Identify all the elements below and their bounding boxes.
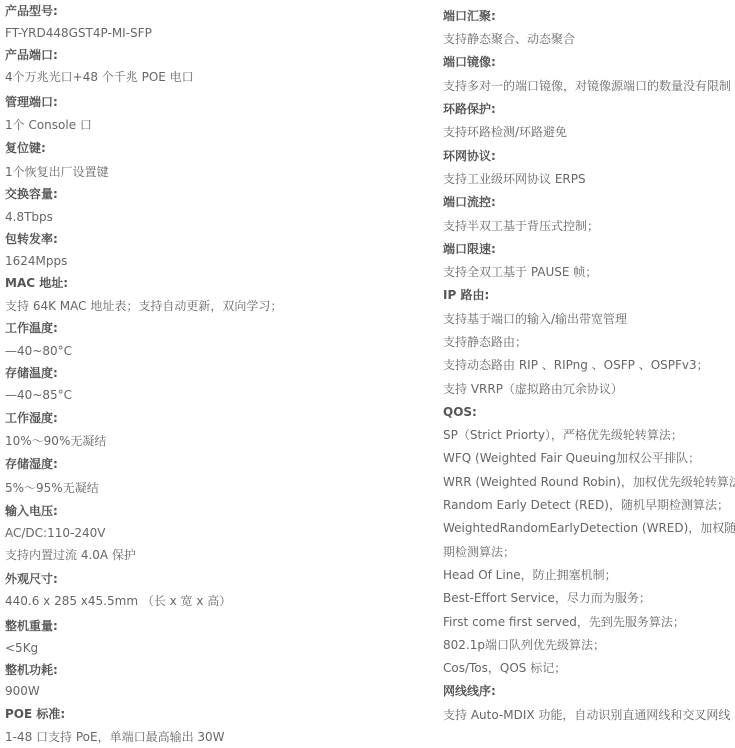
spec-value-qos-red: Random Early Detect (RED)，随机早期检测算法； — [443, 497, 729, 513]
spec-value-ports: 4个万兆光口+48 个千兆 POE 电口 — [5, 69, 194, 85]
spec-label-cable-order: 网线线序: — [443, 683, 496, 699]
spec-value-storage-temperature: —40~85°C — [5, 387, 72, 403]
spec-value-weight: <5Kg — [5, 640, 38, 656]
spec-value-ip-routing-vrrp: 支持 VRRP（虚拟路由冗余协议） — [443, 381, 623, 397]
spec-value-reset-key: 1个恢复出厂设置键 — [5, 164, 109, 180]
spec-value-ip-routing-dynamic: 支持动态路由 RIP 、RIPng 、OSFP 、OSPFv3； — [443, 357, 709, 373]
spec-label-ports: 产品端口: — [5, 47, 58, 63]
spec-label-operating-temperature: 工作温度: — [5, 320, 58, 336]
spec-value-power-consumption: 900W — [5, 683, 40, 699]
spec-label-port-mirroring: 端口镜像: — [443, 54, 496, 70]
spec-value-model: FT-YRD448GST4P-MI-SFP — [5, 25, 152, 41]
spec-value-ip-routing-static: 支持静态路由； — [443, 334, 527, 350]
spec-value-qos-wred-cont: 期检测算法； — [443, 544, 515, 560]
spec-value-poe-standard: 1-48 口支持 PoE，单端口最高输出 30W — [5, 729, 225, 745]
spec-value-switching-capacity: 4.8Tbps — [5, 209, 53, 225]
spec-label-dimensions: 外观尺寸: — [5, 571, 58, 587]
spec-label-model: 产品型号: — [5, 3, 58, 19]
spec-value-qos-hol: Head Of Line，防止拥塞机制； — [443, 567, 617, 583]
spec-label-operating-humidity: 工作湿度: — [5, 410, 58, 426]
spec-value-qos-8021p: 802.1p端口队列优先级算法； — [443, 637, 605, 653]
spec-value-rate-limiting: 支持全双工基于 PAUSE 帧； — [443, 264, 597, 280]
spec-value-qos-wrr: WRR (Weighted Round Robin)，加权优先级轮转算法； — [443, 474, 735, 490]
spec-value-port-aggregation: 支持静态聚合、动态聚合 — [443, 31, 575, 47]
spec-label-storage-temperature: 存储温度: — [5, 365, 58, 381]
spec-value-management-port: 1个 Console 口 — [5, 117, 92, 133]
spec-label-switching-capacity: 交换容量: — [5, 186, 58, 202]
spec-label-input-voltage: 输入电压: — [5, 503, 58, 519]
spec-label-storage-humidity: 存储湿度: — [5, 456, 58, 472]
spec-label-management-port: 管理端口: — [5, 94, 58, 110]
spec-value-overcurrent-protection: 支持内置过流 4.0A 保护 — [5, 547, 136, 563]
spec-label-poe-standard: POE 标准: — [5, 706, 65, 722]
spec-value-qos-cos-tos: Cos/Tos，QOS 标记； — [443, 660, 566, 676]
spec-value-operating-temperature: —40~80°C — [5, 343, 72, 359]
spec-label-reset-key: 复位键: — [5, 140, 46, 156]
spec-label-ip-routing: IP 路由: — [443, 287, 489, 303]
spec-value-forwarding-rate: 1624Mpps — [5, 253, 67, 269]
spec-value-qos-fcfs: First come first served，先到先服务算法； — [443, 614, 685, 630]
spec-label-forwarding-rate: 包转发率: — [5, 231, 58, 247]
spec-value-operating-humidity: 10%～90%无凝结 — [5, 433, 106, 449]
spec-value-ip-routing-bandwidth: 支持基于端口的输入/输出带宽管理 — [443, 311, 627, 327]
spec-label-weight: 整机重量: — [5, 618, 58, 634]
spec-label-loop-protection: 环路保护: — [443, 101, 496, 117]
spec-value-flow-control: 支持半双工基于背压式控制； — [443, 218, 599, 234]
spec-value-dimensions: 440.6 x 285 x45.5mm （长 x 宽 x 高） — [5, 593, 231, 609]
spec-value-storage-humidity: 5%～95%无凝结 — [5, 480, 99, 496]
spec-value-qos-wred: WeightedRandomEarlyDetection (WRED)，加权随机… — [443, 520, 735, 536]
spec-value-cable-order: 支持 Auto-MDIX 功能，自动识别直通网线和交叉网线 — [443, 707, 730, 723]
spec-value-qos-best-effort: Best-Effort Service，尽力而为服务； — [443, 590, 651, 606]
spec-label-ring-protocol: 环网协议: — [443, 148, 496, 164]
spec-value-port-mirroring: 支持多对一的端口镜像，对镜像源端口的数量没有限制 — [443, 78, 731, 94]
spec-label-qos: QOS: — [443, 404, 477, 420]
spec-value-mac-address: 支持 64K MAC 地址表；支持自动更新，双向学习； — [5, 298, 282, 314]
spec-value-loop-protection: 支持环路检测/环路避免 — [443, 124, 567, 140]
spec-label-mac-address: MAC 地址: — [5, 275, 68, 291]
spec-value-qos-wfq: WFQ (Weighted Fair Queuing加权公平排队； — [443, 450, 700, 466]
spec-label-power-consumption: 整机功耗: — [5, 662, 58, 678]
spec-label-flow-control: 端口流控: — [443, 194, 496, 210]
spec-value-input-voltage: AC/DC:110-240V — [5, 525, 105, 541]
spec-value-qos-sp: SP（Strict Priorty），严格优先级轮转算法； — [443, 427, 683, 443]
spec-value-ring-protocol: 支持工业级环网协议 ERPS — [443, 171, 586, 187]
spec-label-rate-limiting: 端口限速: — [443, 241, 496, 257]
spec-label-port-aggregation: 端口汇聚: — [443, 8, 496, 24]
